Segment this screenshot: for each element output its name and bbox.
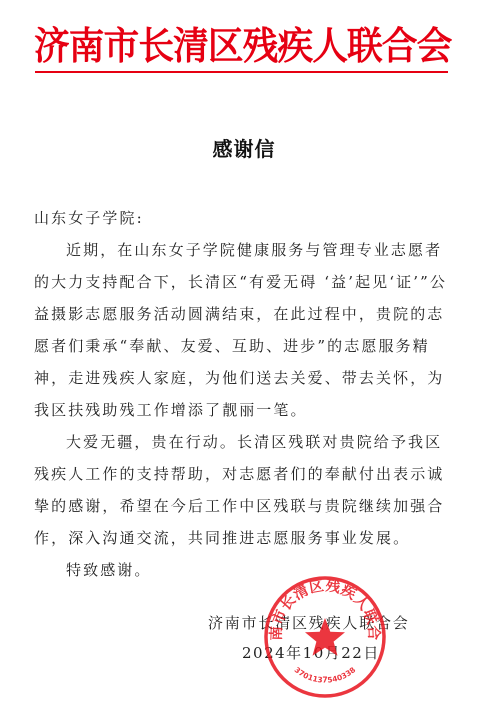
document-title: 感谢信 <box>0 133 488 162</box>
letterhead-rule <box>35 71 448 73</box>
star-icon <box>305 618 345 656</box>
paragraph-1: 近期，在山东女子学院健康服务与管理专业志愿者的大力支持配合下，长清区“有爱无碍 … <box>34 234 454 426</box>
letterhead-title: 济南市长清区残疾人联合会 <box>34 22 423 70</box>
paragraph-2: 大爱无疆，贵在行动。长清区残联对贵院给予我区残疾人工作的支持帮助，对志愿者们的奉… <box>34 426 454 554</box>
seal-code: 3701137540338 <box>293 665 358 684</box>
letter-body: 山东女子学院: 近期，在山东女子学院健康服务与管理专业志愿者的大力支持配合下，长… <box>34 202 454 586</box>
official-seal: 济南市长清区残疾人联合会 3701137540338 <box>262 574 388 700</box>
svg-text:3701137540338: 3701137540338 <box>293 665 358 684</box>
salutation: 山东女子学院: <box>34 202 454 234</box>
paragraph-closing: 特致感谢。 <box>34 554 454 586</box>
